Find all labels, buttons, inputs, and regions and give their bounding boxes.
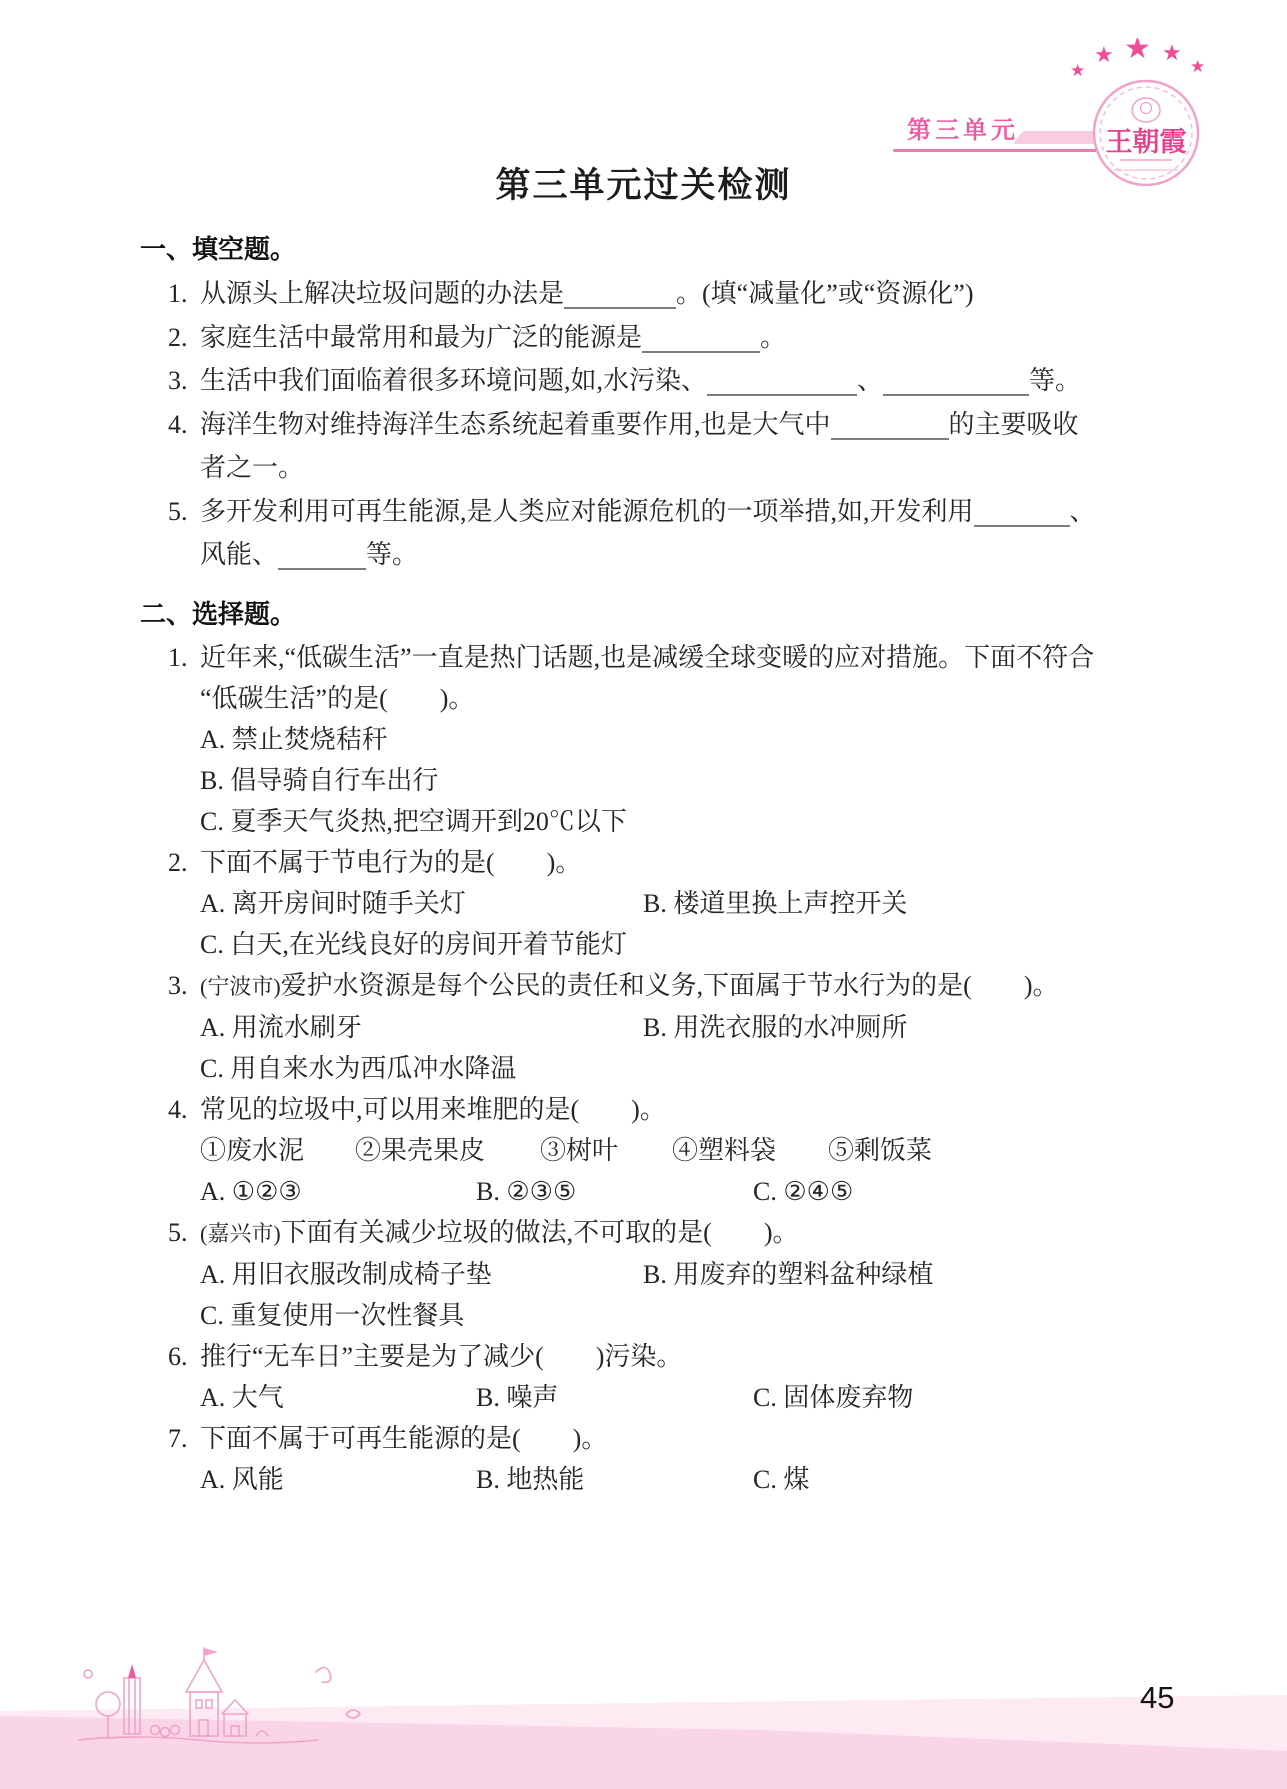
option-text: ②果壳果皮 [355, 1130, 540, 1171]
question: 3.生活中我们面临着很多环境问题,如,水污染、、等。 [140, 359, 1162, 403]
option-text: B. ②③⑤ [476, 1171, 753, 1212]
doodle-swirl-icon [316, 1667, 331, 1682]
option-text: ③树叶 [540, 1130, 672, 1171]
page-number: 45 [1140, 1680, 1174, 1716]
doodle-tree-icon [96, 1692, 120, 1716]
doodle-pencil-icon [124, 1678, 140, 1734]
option-text: B. 楼道里换上声控开关 [643, 883, 907, 924]
worksheet-page: 第三单元 ★ ★ ★ ★ ★ 王朝霞 第三单元过关检测 一、填空题。 1.从源头… [0, 0, 1287, 1789]
option-row: ①废水泥②果壳果皮③树叶④塑料袋⑤剩饭菜 [200, 1130, 1162, 1171]
option-text: C. 夏季天气炎热,把空调开到20℃以下 [200, 801, 627, 842]
question-text: (宁波市) [200, 974, 281, 999]
question-text: 的主要吸收 [949, 410, 1079, 439]
doodle-window [196, 1700, 202, 1708]
question-text: 爱护水资源是每个公民的责任和义务,下面属于节水行为的是( )。 [281, 971, 1059, 1000]
star-icon: ★ [1190, 57, 1205, 76]
option-text: B. 倡导骑自行车出行 [200, 760, 438, 801]
question-text: 生活中我们面临着很多环境问题,如,水污染、 [200, 366, 707, 395]
option-row: A. 用流水刷牙B. 用洗衣服的水冲厕所 [200, 1007, 1162, 1048]
doodle-castle-roof [186, 1660, 222, 1692]
question: 2.下面不属于节电行为的是( )。A. 离开房间时随手关灯B. 楼道里换上声控开… [140, 842, 1162, 965]
question-text: 海洋生物对维持海洋生态系统起着重要作用,也是大气中 [200, 410, 831, 439]
section1-heading: 一、填空题。 [140, 226, 1162, 272]
option-row: A. 大气B. 噪声C. 固体废弃物 [200, 1377, 1162, 1418]
option-text: C. 用自来水为西瓜冲水降温 [200, 1048, 516, 1089]
question-text: 等。 [366, 540, 418, 569]
option-row: A. 禁止焚烧秸秆 [200, 719, 1162, 760]
question-text: 下面有关减少垃圾的做法,不可取的是( )。 [281, 1218, 799, 1247]
option-text: C. 白天,在光线良好的房间开着节能灯 [200, 924, 627, 965]
brand-badge: ★ ★ ★ ★ ★ 王朝霞 [1058, 38, 1234, 190]
question: 3.(宁波市)爱护水资源是每个公民的责任和义务,下面属于节水行为的是( )。A.… [140, 965, 1162, 1089]
option-text: A. ①②③ [200, 1171, 476, 1212]
option-text: A. 用旧衣服改制成椅子垫 [200, 1254, 643, 1295]
question-text: 、 [1070, 497, 1096, 526]
blank-line [278, 538, 366, 570]
option-text: B. 用洗衣服的水冲厕所 [643, 1007, 907, 1048]
brand-badge-graphic: ★ ★ ★ ★ ★ 王朝霞 [1058, 38, 1234, 190]
section2-heading: 二、选择题。 [140, 591, 1162, 637]
question-text: 。 [760, 323, 786, 352]
question-text: 等。 [1029, 366, 1081, 395]
question-number: 2. [140, 842, 200, 883]
doodle-door [199, 1720, 208, 1736]
question-text: 多开发利用可再生能源,是人类应对能源危机的一项举措,如,开发利用 [200, 497, 974, 526]
question: 6.推行“无车日”主要是为了减少( )污染。A. 大气B. 噪声C. 固体废弃物 [140, 1336, 1162, 1418]
question-text: 。(填“减量化”或“资源化”) [676, 279, 973, 308]
option-row: C. 用自来水为西瓜冲水降温 [200, 1048, 1162, 1089]
doodle-pencil-tip [128, 1664, 136, 1678]
option-row: A. ①②③B. ②③⑤C. ②④⑤ [200, 1171, 1162, 1212]
doodle-bush-icon [256, 1731, 268, 1736]
option-text: ④塑料袋 [672, 1130, 828, 1171]
option-text: C. 重复使用一次性餐具 [200, 1295, 464, 1336]
question-text: 近年来,“低碳生活”一直是热门话题,也是减缓全球变暖的应对措施。下面不符合 [200, 643, 1094, 672]
question: 1.从源头上解决垃圾问题的办法是。(填“减量化”或“资源化”) [140, 272, 1162, 316]
blank-line [974, 495, 1070, 527]
question-text: 下面不属于可再生能源的是( )。 [200, 1424, 607, 1453]
question: 4.常见的垃圾中,可以用来堆肥的是( )。①废水泥②果壳果皮③树叶④塑料袋⑤剩饭… [140, 1089, 1162, 1212]
question-number: 4. [140, 403, 200, 447]
option-text: A. 风能 [200, 1459, 476, 1500]
question: 4.海洋生物对维持海洋生态系统起着重要作用,也是大气中的主要吸收者之一。 [140, 403, 1162, 490]
question-text: (嘉兴市) [200, 1221, 281, 1246]
question-text: 常见的垃圾中,可以用来堆肥的是( )。 [200, 1095, 666, 1124]
question: 5.多开发利用可再生能源,是人类应对能源危机的一项举措,如,开发利用、风能、等。 [140, 490, 1162, 577]
option-row: A. 用旧衣服改制成椅子垫B. 用废弃的塑料盆种绿植 [200, 1254, 1162, 1295]
question-number: 4. [140, 1089, 200, 1130]
worksheet-content: 一、填空题。 1.从源头上解决垃圾问题的办法是。(填“减量化”或“资源化”)2.… [140, 226, 1162, 1500]
star-icon: ★ [1124, 38, 1151, 65]
option-text: B. 地热能 [476, 1459, 753, 1500]
question-number: 6. [140, 1336, 200, 1377]
option-row: C. 白天,在光线良好的房间开着节能灯 [200, 924, 1162, 965]
unit-tab-label: 第三单元 [907, 110, 1019, 145]
question-number: 3. [140, 359, 200, 403]
star-icon: ★ [1162, 40, 1182, 65]
doodle-house-door [231, 1726, 239, 1736]
option-text: B. 用废弃的塑料盆种绿植 [643, 1254, 933, 1295]
question-number: 1. [140, 637, 200, 678]
question-number: 1. [140, 272, 200, 316]
option-text: B. 噪声 [476, 1377, 753, 1418]
doodle-flag-icon [204, 1648, 218, 1656]
fill-in-question-list: 1.从源头上解决垃圾问题的办法是。(填“减量化”或“资源化”)2.家庭生活中最常… [140, 272, 1162, 577]
option-text: C. 固体废弃物 [753, 1377, 913, 1418]
blank-line [707, 364, 857, 396]
footer-doodles [78, 1642, 458, 1754]
star-icon: ★ [1094, 42, 1114, 67]
question: 2.家庭生活中最常用和最为广泛的能源是。 [140, 316, 1162, 360]
doodle-ground-line [78, 1737, 318, 1743]
option-text: ①废水泥 [200, 1130, 355, 1171]
question-text: 家庭生活中最常用和最为广泛的能源是 [200, 323, 642, 352]
option-text: C. 煤 [753, 1459, 809, 1500]
option-row: B. 倡导骑自行车出行 [200, 760, 1162, 801]
question-text: 推行“无车日”主要是为了减少( )污染。 [200, 1342, 682, 1371]
doodle-bead-icon [171, 1726, 180, 1735]
badge-portrait [1132, 98, 1160, 122]
question-text: 、 [857, 366, 883, 395]
doodle-house-icon [222, 1700, 248, 1736]
doodle-flower-icon [84, 1670, 92, 1678]
blank-line [564, 277, 676, 309]
question-number: 3. [140, 965, 200, 1006]
question-text: “低碳生活”的是( )。 [200, 684, 474, 713]
option-text: A. 离开房间时随手关灯 [200, 883, 643, 924]
option-text: A. 禁止焚烧秸秆 [200, 719, 388, 760]
choice-question-list: 1.近年来,“低碳生活”一直是热门话题,也是减缓全球变暖的应对措施。下面不符合“… [140, 637, 1162, 1500]
question-number: 2. [140, 316, 200, 360]
question-number: 7. [140, 1418, 200, 1459]
doodle-castle-tower [190, 1692, 218, 1736]
blank-line [883, 364, 1029, 396]
blank-line [642, 321, 760, 353]
star-icon: ★ [1070, 61, 1085, 80]
question: 1.近年来,“低碳生活”一直是热门话题,也是减缓全球变暖的应对措施。下面不符合“… [140, 637, 1162, 842]
option-text: C. ②④⑤ [753, 1171, 853, 1212]
doodle-tree-trunk [102, 1716, 114, 1738]
doodle-bead-icon [161, 1728, 170, 1737]
question-text: 从源头上解决垃圾问题的办法是 [200, 279, 564, 308]
option-row: A. 风能B. 地热能C. 煤 [200, 1459, 1162, 1500]
question-number: 5. [140, 1212, 200, 1253]
question: 7.下面不属于可再生能源的是( )。A. 风能B. 地热能C. 煤 [140, 1418, 1162, 1500]
doodle-window [206, 1700, 212, 1708]
option-row: A. 离开房间时随手关灯B. 楼道里换上声控开关 [200, 883, 1162, 924]
blank-line [831, 408, 949, 440]
question-text: 风能、 [200, 540, 278, 569]
question-number: 5. [140, 490, 200, 534]
option-text: A. 用流水刷牙 [200, 1007, 643, 1048]
question: 5.(嘉兴市)下面有关减少垃圾的做法,不可取的是( )。A. 用旧衣服改制成椅子… [140, 1212, 1162, 1336]
option-row: C. 重复使用一次性餐具 [200, 1295, 1162, 1336]
option-text: ⑤剩饭菜 [828, 1130, 932, 1171]
doodle-bead-icon [151, 1726, 160, 1735]
question-text: 者之一。 [200, 453, 304, 482]
option-row: C. 夏季天气炎热,把空调开到20℃以下 [200, 801, 1162, 842]
question-text: 下面不属于节电行为的是( )。 [200, 848, 581, 877]
option-text: A. 大气 [200, 1377, 476, 1418]
doodle-leaf-icon [346, 1710, 360, 1718]
brand-name: 王朝霞 [1106, 127, 1187, 157]
